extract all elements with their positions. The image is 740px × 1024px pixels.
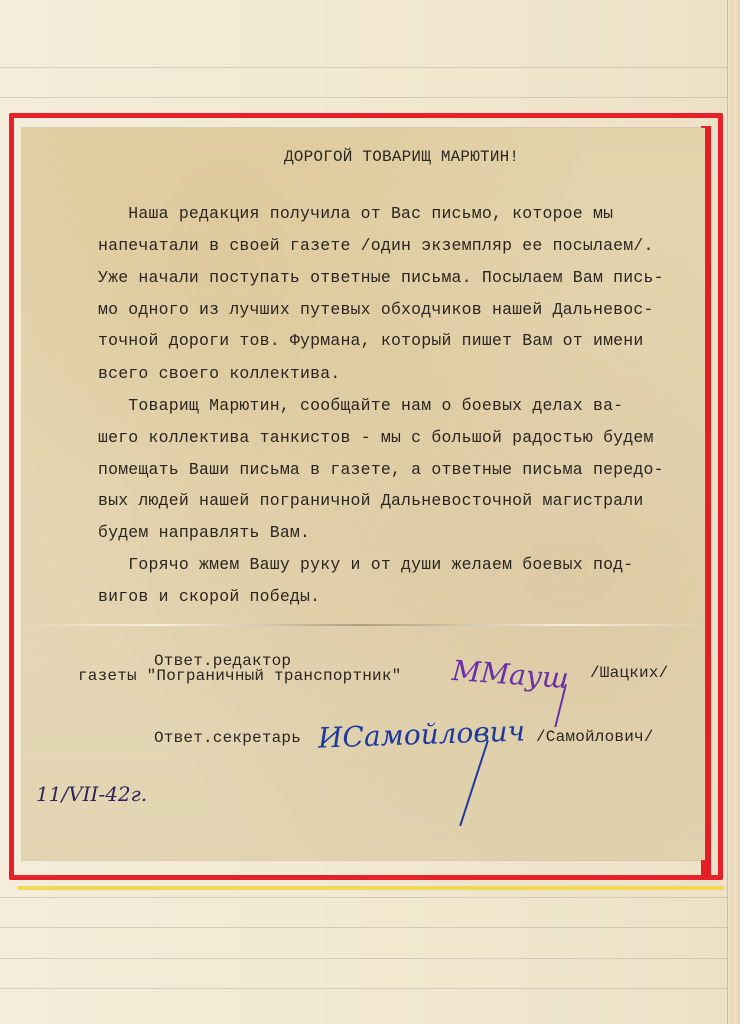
ruled-line [0,897,740,898]
letter-line: напечатали в своей газете /один экземпля… [98,236,654,255]
letter-line: будем направлять Вам. [98,523,310,542]
secretary-title: Ответ.секретарь [154,729,301,747]
letter-line: Наша редакция получила от Вас письмо, ко… [98,204,613,223]
secretary-name: /Самойлович/ [536,728,654,746]
editor-signature: ММауш [451,654,570,695]
letter-line: вигов и скорой победы. [98,587,320,606]
letter-title: ДОРОГОЙ ТОВАРИЩ МАРЮТИН! [284,148,519,166]
typed-letter: ДОРОГОЙ ТОВАРИЩ МАРЮТИН! Наша редакция п… [22,128,705,860]
page-edge [727,0,740,1024]
letter-line: Уже начали поступать ответные письма. По… [98,268,664,287]
letter-line: помещать Ваши письма в газете, а ответны… [98,460,664,479]
ruled-line [0,988,740,989]
letter-line: вых людей нашей пограничной Дальневосточ… [98,491,644,510]
letter-line: точной дороги тов. Фурмана, который пише… [98,331,644,350]
yellow-underline [18,886,724,890]
letter-line: всего своего коллектива. [98,364,340,383]
secretary-signature: ИСамойлович [317,714,525,754]
secretary-signature-stroke [459,740,489,826]
letter-line: мо одного из лучших путевых обходчиков н… [98,300,654,319]
editor-name: /Шацких/ [590,664,668,682]
handwritten-date: 11/VII-42г. [36,782,147,806]
ruled-line [0,927,740,928]
paper-fold [22,624,705,626]
ruled-line [0,958,740,959]
letter-line: Горячо жмем Вашу руку и от души желаем б… [98,555,633,574]
ruled-line [0,97,740,98]
letter-line: шего коллектива танкистов - мы с большой… [98,428,654,447]
letter-line: Товарищ Марютин, сообщайте нам о боевых … [98,396,623,415]
editor-title-line2: газеты "Пограничный транспортник" [78,667,401,685]
ruled-line [0,67,740,68]
